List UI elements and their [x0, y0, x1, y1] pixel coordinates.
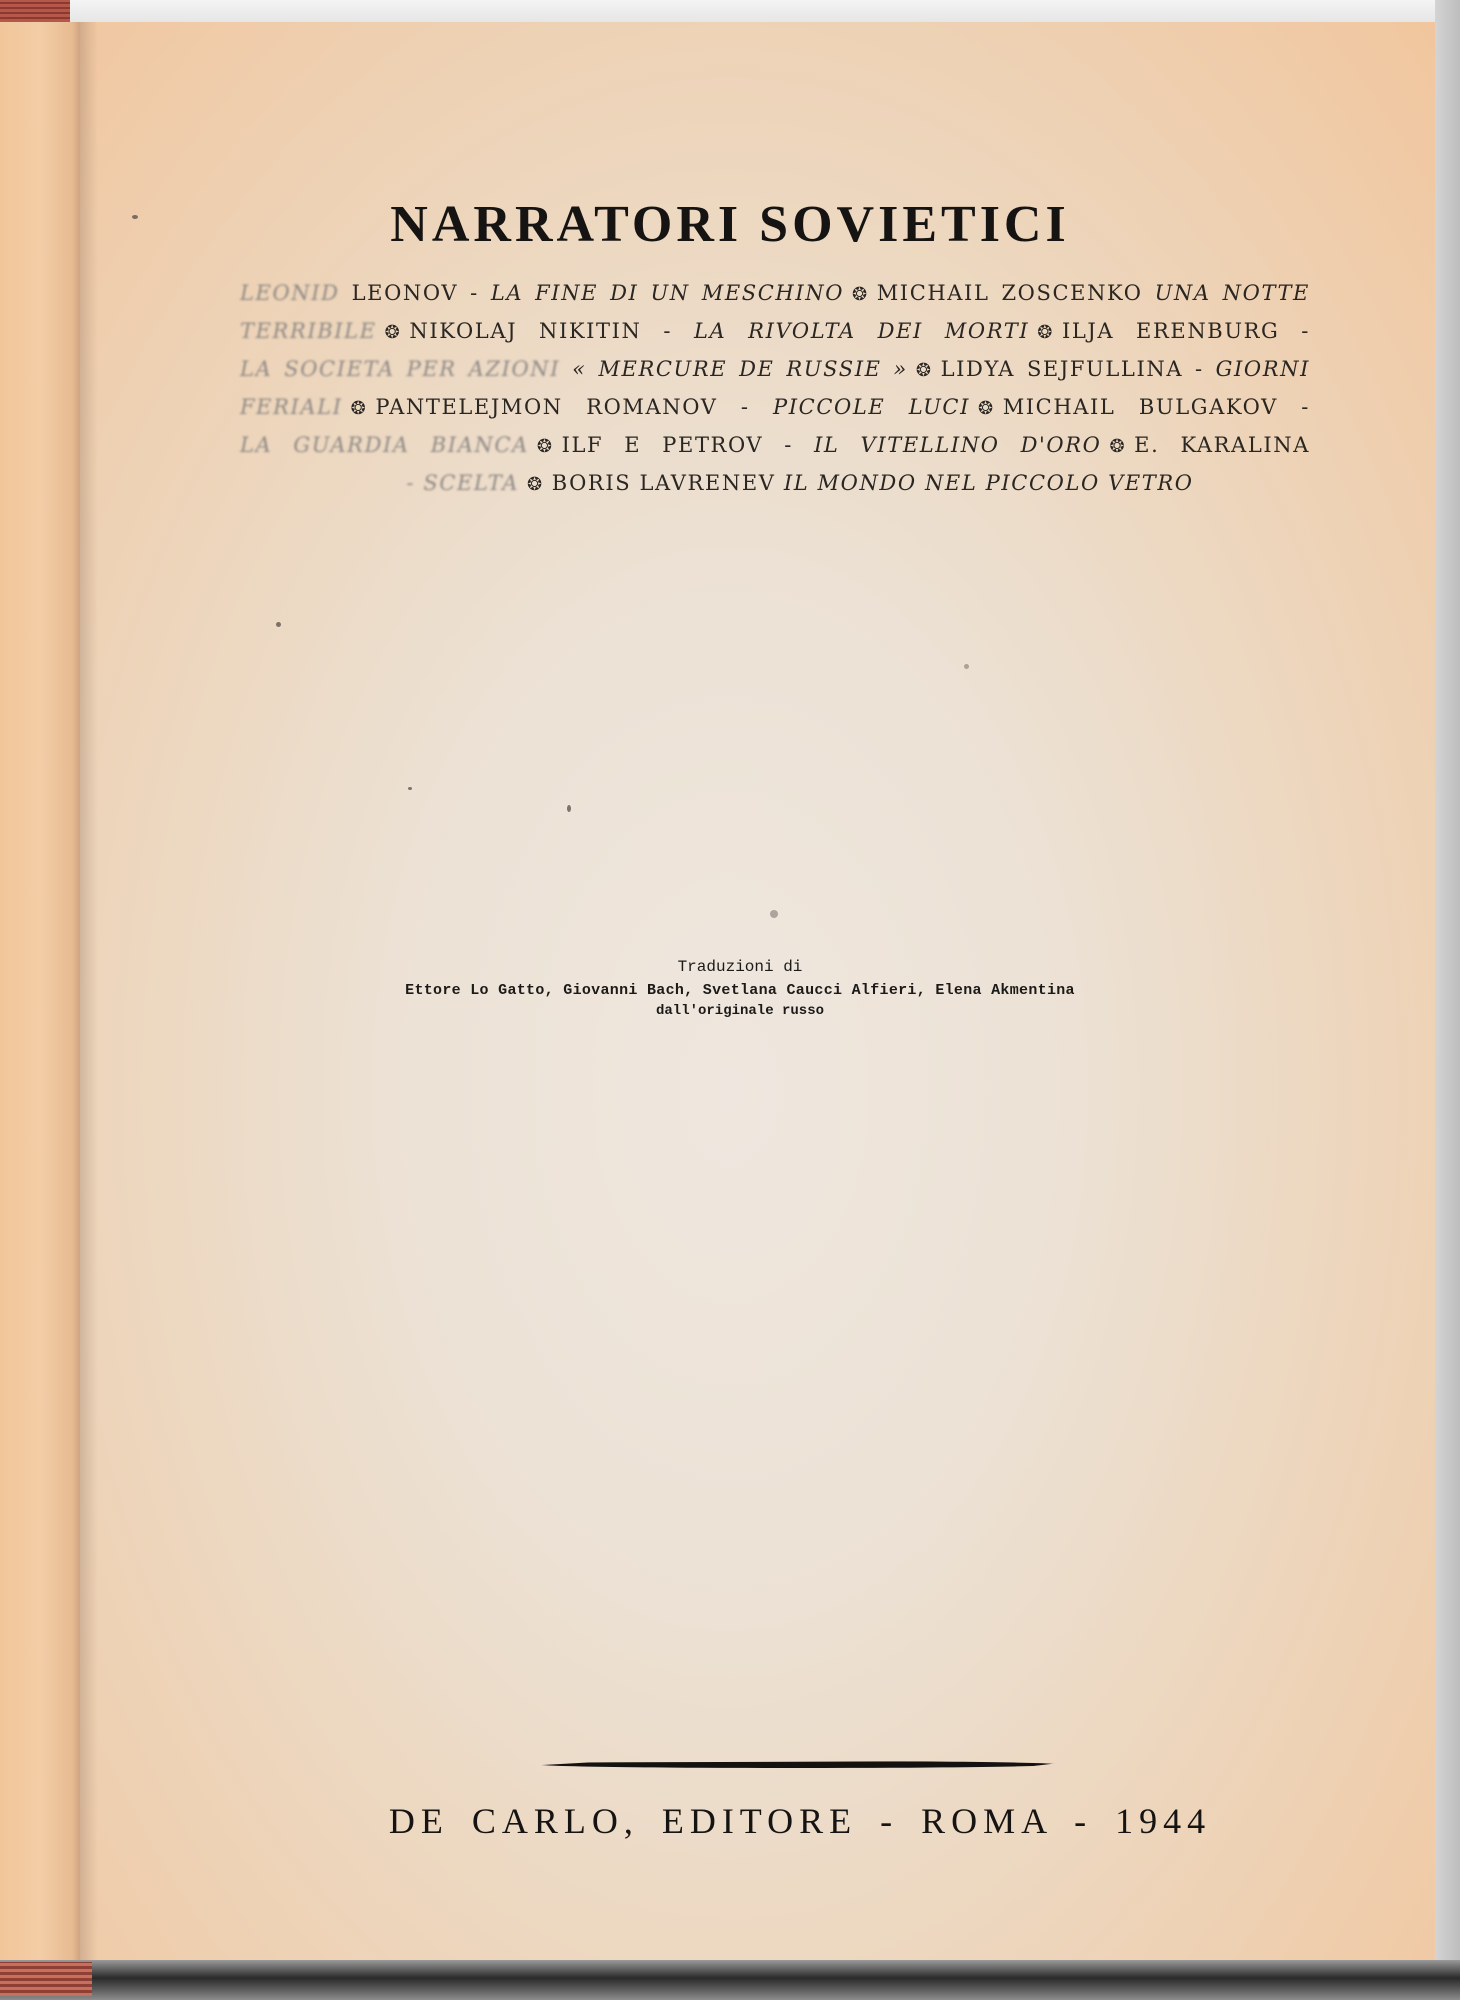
author-name: MICHAIL BULGAKOV -	[1003, 395, 1310, 419]
work-title: UNA NOTTE	[1155, 281, 1310, 305]
contents-line: LA SOCIETA PER AZIONI « MERCURE DE RUSSI…	[240, 351, 1310, 389]
scan-background-bottom	[0, 1960, 1460, 2000]
faded-text: TERRIBILE	[240, 319, 377, 343]
contents-line: TERRIBILE❂NIKOLAJ NIKITIN - LA RIVOLTA D…	[240, 313, 1310, 351]
publisher-imprint: DE CARLO, EDITORE - ROMA - 1944	[330, 1800, 1270, 1842]
author-name: NIKOLAJ NIKITIN -	[409, 319, 694, 343]
ornament-separator-icon: ❂	[908, 360, 941, 381]
binding-cloth-top	[0, 0, 70, 22]
work-title: GIORNI	[1216, 357, 1310, 381]
author-name: E. KARALINA	[1134, 433, 1310, 457]
book-spine	[0, 22, 80, 1962]
ornament-separator-icon: ❂	[343, 398, 376, 419]
faded-text: LA GUARDIA BIANCA	[240, 433, 529, 457]
translation-credits: Traduzioni di Ettore Lo Gatto, Giovanni …	[380, 958, 1100, 1019]
work-title: LA FINE DI UN MESCHINO	[491, 281, 844, 305]
work-title: « MERCURE DE RUSSIE »	[560, 357, 908, 381]
faded-text: FERIALI	[240, 395, 343, 419]
contents-line: LEONID LEONOV - LA FINE DI UN MESCHINO❂M…	[240, 275, 1310, 313]
binding-cloth-bottom	[0, 1962, 92, 1996]
author-name: LIDYA SEJFULLINA -	[941, 357, 1216, 381]
work-title: LA RIVOLTA DEI MORTI	[694, 319, 1029, 343]
paper-speck	[964, 664, 969, 669]
gutter-shadow	[80, 22, 98, 1962]
contents-line: FERIALI❂PANTELEJMON ROMANOV - PICCOLE LU…	[240, 389, 1310, 427]
paper-speck	[276, 622, 281, 627]
original-language-note: dall'originale russo	[380, 1003, 1100, 1019]
work-title: IL VITELLINO D'ORO	[814, 433, 1101, 457]
ornament-separator-icon: ❂	[377, 322, 410, 343]
work-title: PICCOLE LUCI	[773, 395, 970, 419]
ornament-separator-icon: ❂	[844, 284, 877, 305]
ornament-separator-icon: ❂	[519, 474, 552, 495]
author-name: MICHAIL ZOSCENKO	[877, 281, 1155, 305]
contents-list: LEONID LEONOV - LA FINE DI UN MESCHINO❂M…	[240, 275, 1310, 503]
scan-background-right	[1435, 0, 1460, 1960]
translator-names: Ettore Lo Gatto, Giovanni Bach, Svetlana…	[380, 982, 1100, 999]
ornament-separator-icon: ❂	[529, 436, 562, 457]
contents-line: LA GUARDIA BIANCA❂ILF E PETROV - IL VITE…	[240, 427, 1310, 465]
faded-text: - SCELTA	[406, 471, 519, 495]
ornament-separator-icon: ❂	[1101, 436, 1134, 457]
ornament-separator-icon: ❂	[970, 398, 1003, 419]
paper-speck	[567, 805, 571, 812]
scan-background-top	[0, 0, 1460, 22]
author-name: ILF E PETROV -	[562, 433, 814, 457]
contents-line: - SCELTA❂BORIS LAVRENEV IL MONDO NEL PIC…	[240, 465, 1240, 503]
translations-label: Traduzioni di	[380, 958, 1100, 976]
author-name: BORIS LAVRENEV	[552, 471, 784, 495]
author-name: PANTELEJMON ROMANOV -	[375, 395, 773, 419]
faded-text: LA SOCIETA PER AZIONI	[240, 357, 560, 381]
faded-text: LEONID	[240, 281, 340, 305]
ornament-separator-icon: ❂	[1029, 322, 1062, 343]
book-title: NARRATORI SOVIETICI	[0, 195, 1460, 254]
paper-speck	[408, 787, 412, 790]
author-name: LEONOV -	[340, 281, 491, 305]
author-name: ILJA ERENBURG -	[1062, 319, 1310, 343]
paper-speck	[770, 910, 778, 918]
work-title: IL MONDO NEL PICCOLO VETRO	[784, 471, 1194, 495]
